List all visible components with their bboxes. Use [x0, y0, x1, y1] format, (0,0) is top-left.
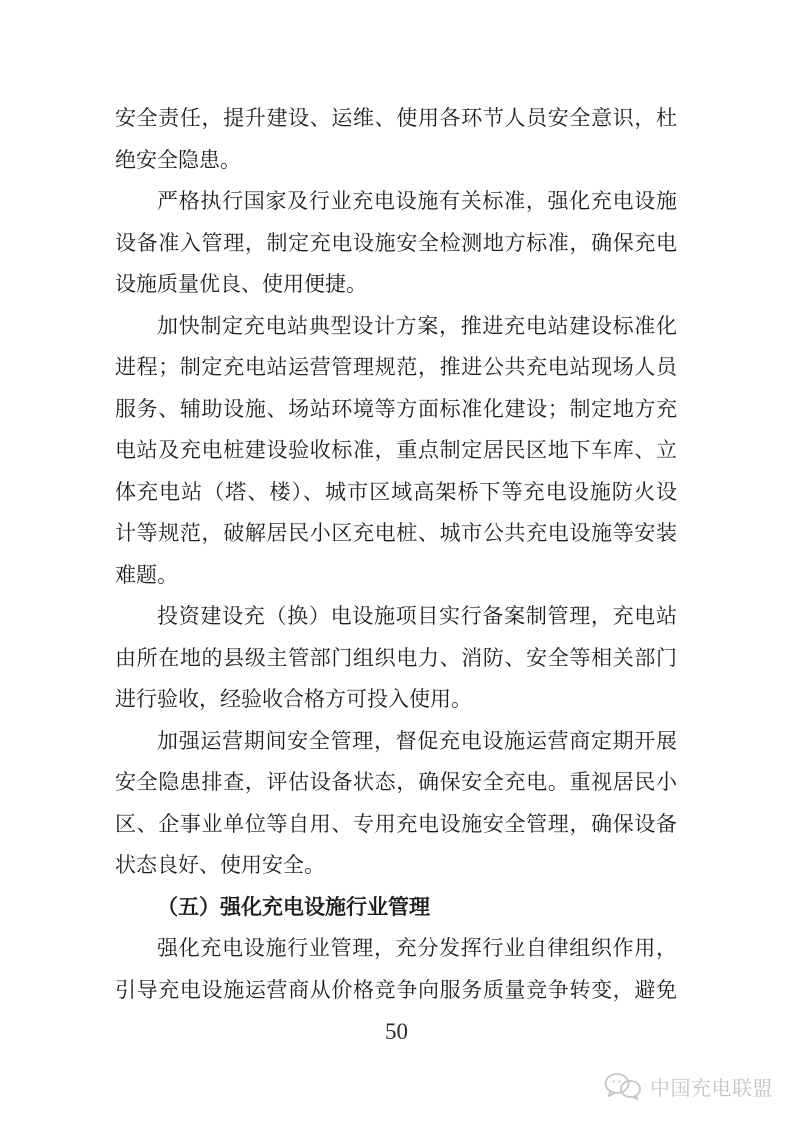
body-text-line: 绝安全隐患。 — [115, 140, 677, 182]
body-text-line: 区、企事业单位等自用、专用充电设施安全管理，确保设备 — [115, 804, 677, 846]
body-text-line: 由所在地的县级主管部门组织电力、消防、安全等相关部门 — [115, 638, 677, 680]
body-text-line: 体充电站（塔、楼）、城市区域高架桥下等充电设施防火设 — [115, 472, 677, 514]
body-text-line: 计等规范，破解居民小区充电桩、城市公共充电设施等安装 — [115, 513, 677, 555]
body-text-line: 难题。 — [115, 555, 677, 597]
body-text-line: 设施质量优良、使用便捷。 — [115, 264, 677, 306]
body-text-line: 安全责任，提升建设、运维、使用各环节人员安全意识，杜 — [115, 98, 677, 140]
body-text-line: 加强运营期间安全管理，督促充电设施运营商定期开展 — [115, 721, 677, 763]
body-text-line: 加快制定充电站典型设计方案，推进充电站建设标准化 — [115, 306, 677, 348]
body-text-line: 电站及充电桩建设验收标准，重点制定居民区地下车库、立 — [115, 430, 677, 472]
document-page: 安全责任，提升建设、运维、使用各环节人员安全意识，杜绝安全隐患。严格执行国家及行… — [0, 0, 793, 1122]
page-number: 50 — [0, 1019, 793, 1045]
body-text-line: 投资建设充（换）电设施项目实行备案制管理，充电站 — [115, 596, 677, 638]
body-text-line: 服务、辅助设施、场站环境等方面标准化建设；制定地方充 — [115, 389, 677, 431]
watermark-label: 中国充电联盟 — [650, 1072, 773, 1101]
chat-bubbles-logo-icon — [604, 1072, 642, 1100]
body-text-line: 引导充电设施运营商从价格竞争向服务质量竞争转变，避免 — [115, 970, 677, 1012]
body-text-line: 进程；制定充电站运营管理规范，推进公共充电站现场人员 — [115, 347, 677, 389]
document-text-block: 安全责任，提升建设、运维、使用各环节人员安全意识，杜绝安全隐患。严格执行国家及行… — [115, 98, 677, 1011]
watermark: 中国充电联盟 — [604, 1070, 773, 1102]
body-text-line: 设备准入管理，制定充电设施安全检测地方标准，确保充电 — [115, 223, 677, 265]
body-text-line: 进行验收，经验收合格方可投入使用。 — [115, 679, 677, 721]
body-text-line: 安全隐患排查，评估设备状态，确保安全充电。重视居民小 — [115, 762, 677, 804]
body-text-line: 状态良好、使用安全。 — [115, 845, 677, 887]
body-text-line: 强化充电设施行业管理，充分发挥行业自律组织作用， — [115, 928, 677, 970]
body-text-line: 严格执行国家及行业充电设施有关标准，强化充电设施 — [115, 181, 677, 223]
section-heading-line: （五）强化充电设施行业管理 — [115, 887, 677, 929]
